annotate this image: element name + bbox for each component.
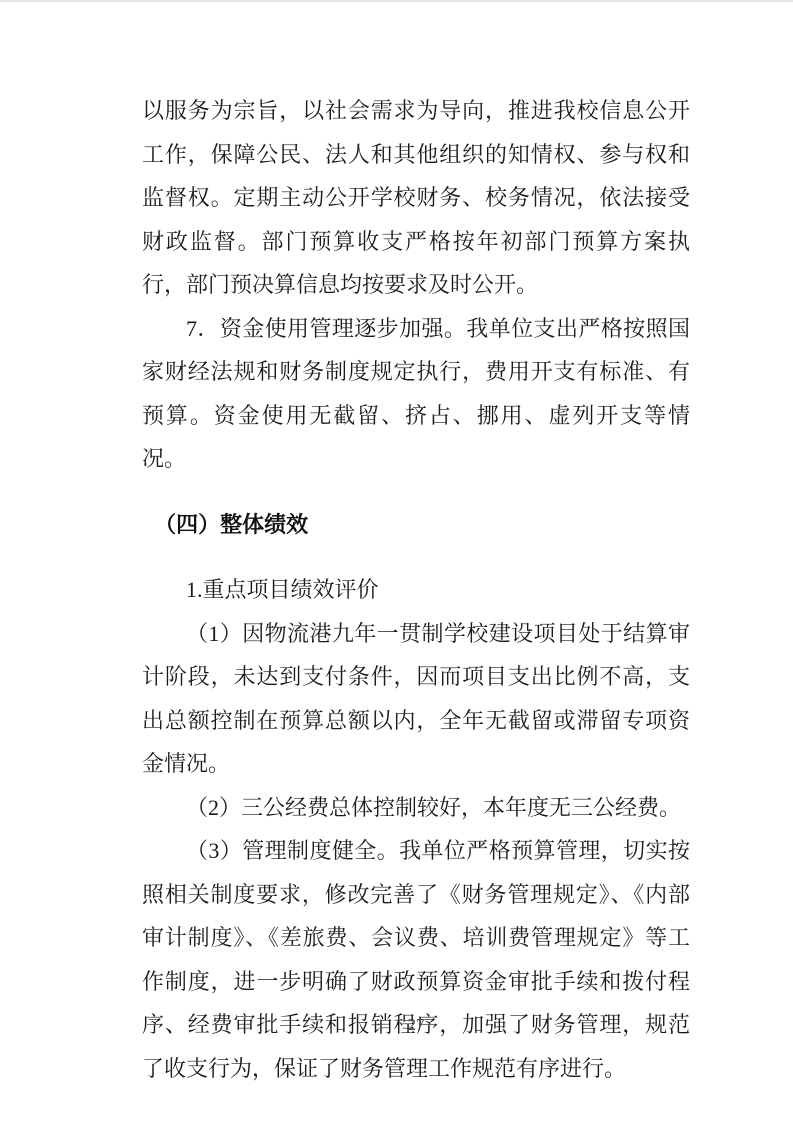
body-paragraph-continuation: 以服务为宗旨，以社会需求为导向，推进我校信息公开工作，保障公民、法人和其他组织的… [142, 89, 690, 307]
body-paragraph-item-7: 7．资金使用管理逐步加强。我单位支出严格按照国家财经法规和财务制度规定执行，费用… [142, 307, 690, 481]
document-page: 以服务为宗旨，以社会需求为导向，推进我校信息公开工作，保障公民、法人和其他组织的… [0, 0, 793, 1122]
body-paragraph-point-1: （1）因物流港九年一贯制学校建设项目处于结算审计阶段，未达到支付条件，因而项目支… [142, 612, 690, 786]
body-paragraph-subheading-1: 1.重点项目绩效评价 [142, 568, 690, 612]
section-heading-overall-performance: （四）整体绩效 [142, 503, 690, 547]
page-content: 以服务为宗旨，以社会需求为导向，推进我校信息公开工作，保障公民、法人和其他组织的… [142, 89, 690, 1090]
page-top-edge-divider [0, 0, 793, 2]
body-paragraph-point-3: （3）管理制度健全。我单位严格预算管理，切实按照相关制度要求，修改完善了《财务管… [142, 829, 690, 1090]
page-number: 27 [142, 1013, 690, 1037]
body-paragraph-point-2: （2）三公经费总体控制较好，本年度无三公经费。 [142, 786, 690, 830]
